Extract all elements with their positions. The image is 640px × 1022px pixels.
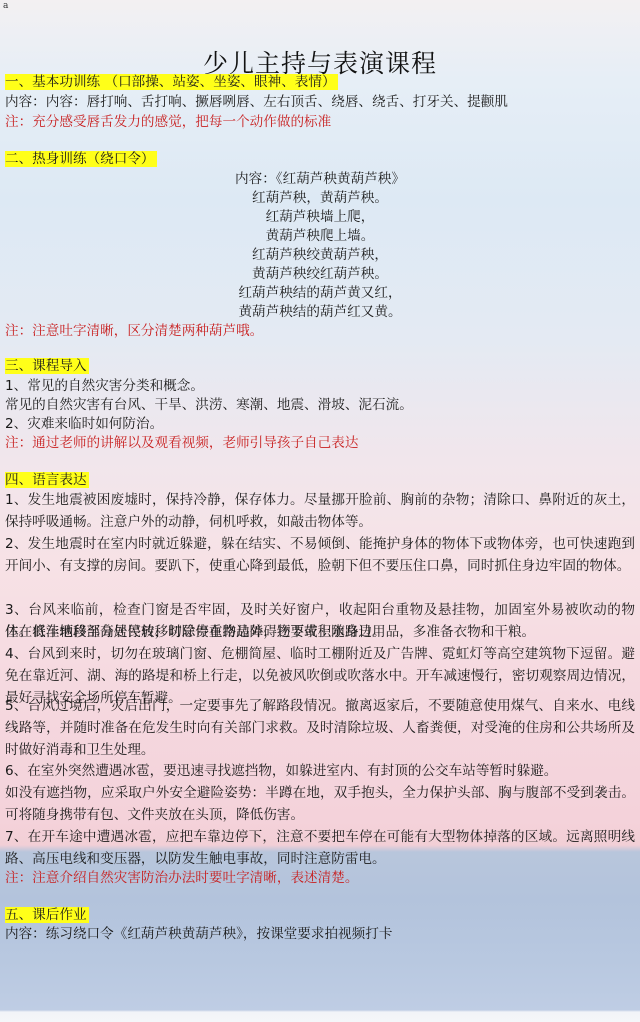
section-3-line: 1、常见的自然灾害分类和概念。: [5, 377, 204, 396]
poem-title: 内容：《红葫芦秧黄葫芦秧》: [0, 170, 640, 189]
section-5-content: 内容：练习绕口令《红葫芦秧黄葫芦秧》，按课堂要求拍视频打卡: [5, 925, 392, 944]
section-4-paragraph: 如没有遮挡物，应采取户外安全避险姿势：半蹲在地，双手抱头，全力保护头部、胸与腹部…: [5, 783, 635, 827]
section-3-line: 常见的自然灾害有台风、干旱、洪涝、寒潮、地震、滑坡、泥石流。: [5, 396, 413, 415]
section-3-heading: 三、课程导入: [5, 357, 89, 376]
section-1-heading: 一、基本功训练 （口部操、站姿、坐姿、眼神、表情）: [5, 73, 338, 92]
section-3-note: 注：通过老师的讲解以及观看视频，老师引导孩子自己表达: [5, 434, 358, 453]
section-1-content: 内容：内容：唇打响、舌打响、撅唇咧唇、左右顶舌、绕唇、绕舌、打牙关、提颧肌: [5, 93, 508, 112]
section-4-note: 注：注意介绍自然灾害防治办法时要吐字清晰，表述清楚。: [5, 869, 358, 888]
section-5-heading: 五、课后作业: [5, 906, 89, 925]
section-3-line: 2、灾难来临时如何防治。: [5, 415, 163, 434]
poem-line: 红葫芦秧墙上爬，: [0, 208, 640, 227]
section-4-paragraph: 2、发生地震时在室内时就近躲避，躲在结实、不易倾倒、能掩护身体的物体下或物体旁，…: [5, 534, 635, 578]
poem-line: 黄葫芦秧绞红葫芦秧。: [0, 265, 640, 284]
poem-line: 黄葫芦秧爬上墙。: [0, 227, 640, 246]
section-4-paragraph: 6、在室外突然遭遇冰雹，要迅速寻找遮挡物，如躲进室内、有封顶的公交车站等暂时躲避…: [5, 761, 635, 783]
poem-line: 红葫芦秧结的葫芦黄又红，: [0, 284, 640, 303]
section-4-paragraph: 1、发生地震被困废墟时，保持冷静，保存体力。尽量挪开脸前、胸前的杂物；清除口、鼻…: [5, 490, 635, 534]
section-1-note: 注：充分感受唇舌发力的感觉，把每一个动作做的标准: [5, 113, 331, 132]
section-4-heading: 四、语言表达: [5, 471, 89, 490]
poem-line: 红葫芦秧，黄葫芦秧。: [0, 189, 640, 208]
section-4-paragraph: 住在低洼地段部分居民转移时除贵重物品外，还要带上随身日用品，多准备衣物和干粮。: [5, 622, 635, 644]
corner-mark: a: [3, 1, 8, 11]
section-2-note: 注：注意吐字清晰，区分清楚两种葫芦哦。: [5, 322, 263, 341]
poem-line: 黄葫芦秧结的葫芦红又黄。: [0, 303, 640, 322]
section-2-heading: 二、热身训练（绕口令）: [5, 150, 157, 169]
section-4-paragraph: 7、在开车途中遭遇冰雹，应把车靠边停下，注意不要把车停在可能有大型物体掉落的区域…: [5, 827, 635, 871]
poem-line: 红葫芦秧绞黄葫芦秧，: [0, 246, 640, 265]
section-4-paragraph: 5、台风过境后，灾后出门，一定要事先了解路段情况。撤离返家后，不要随意使用煤气、…: [5, 696, 635, 761]
